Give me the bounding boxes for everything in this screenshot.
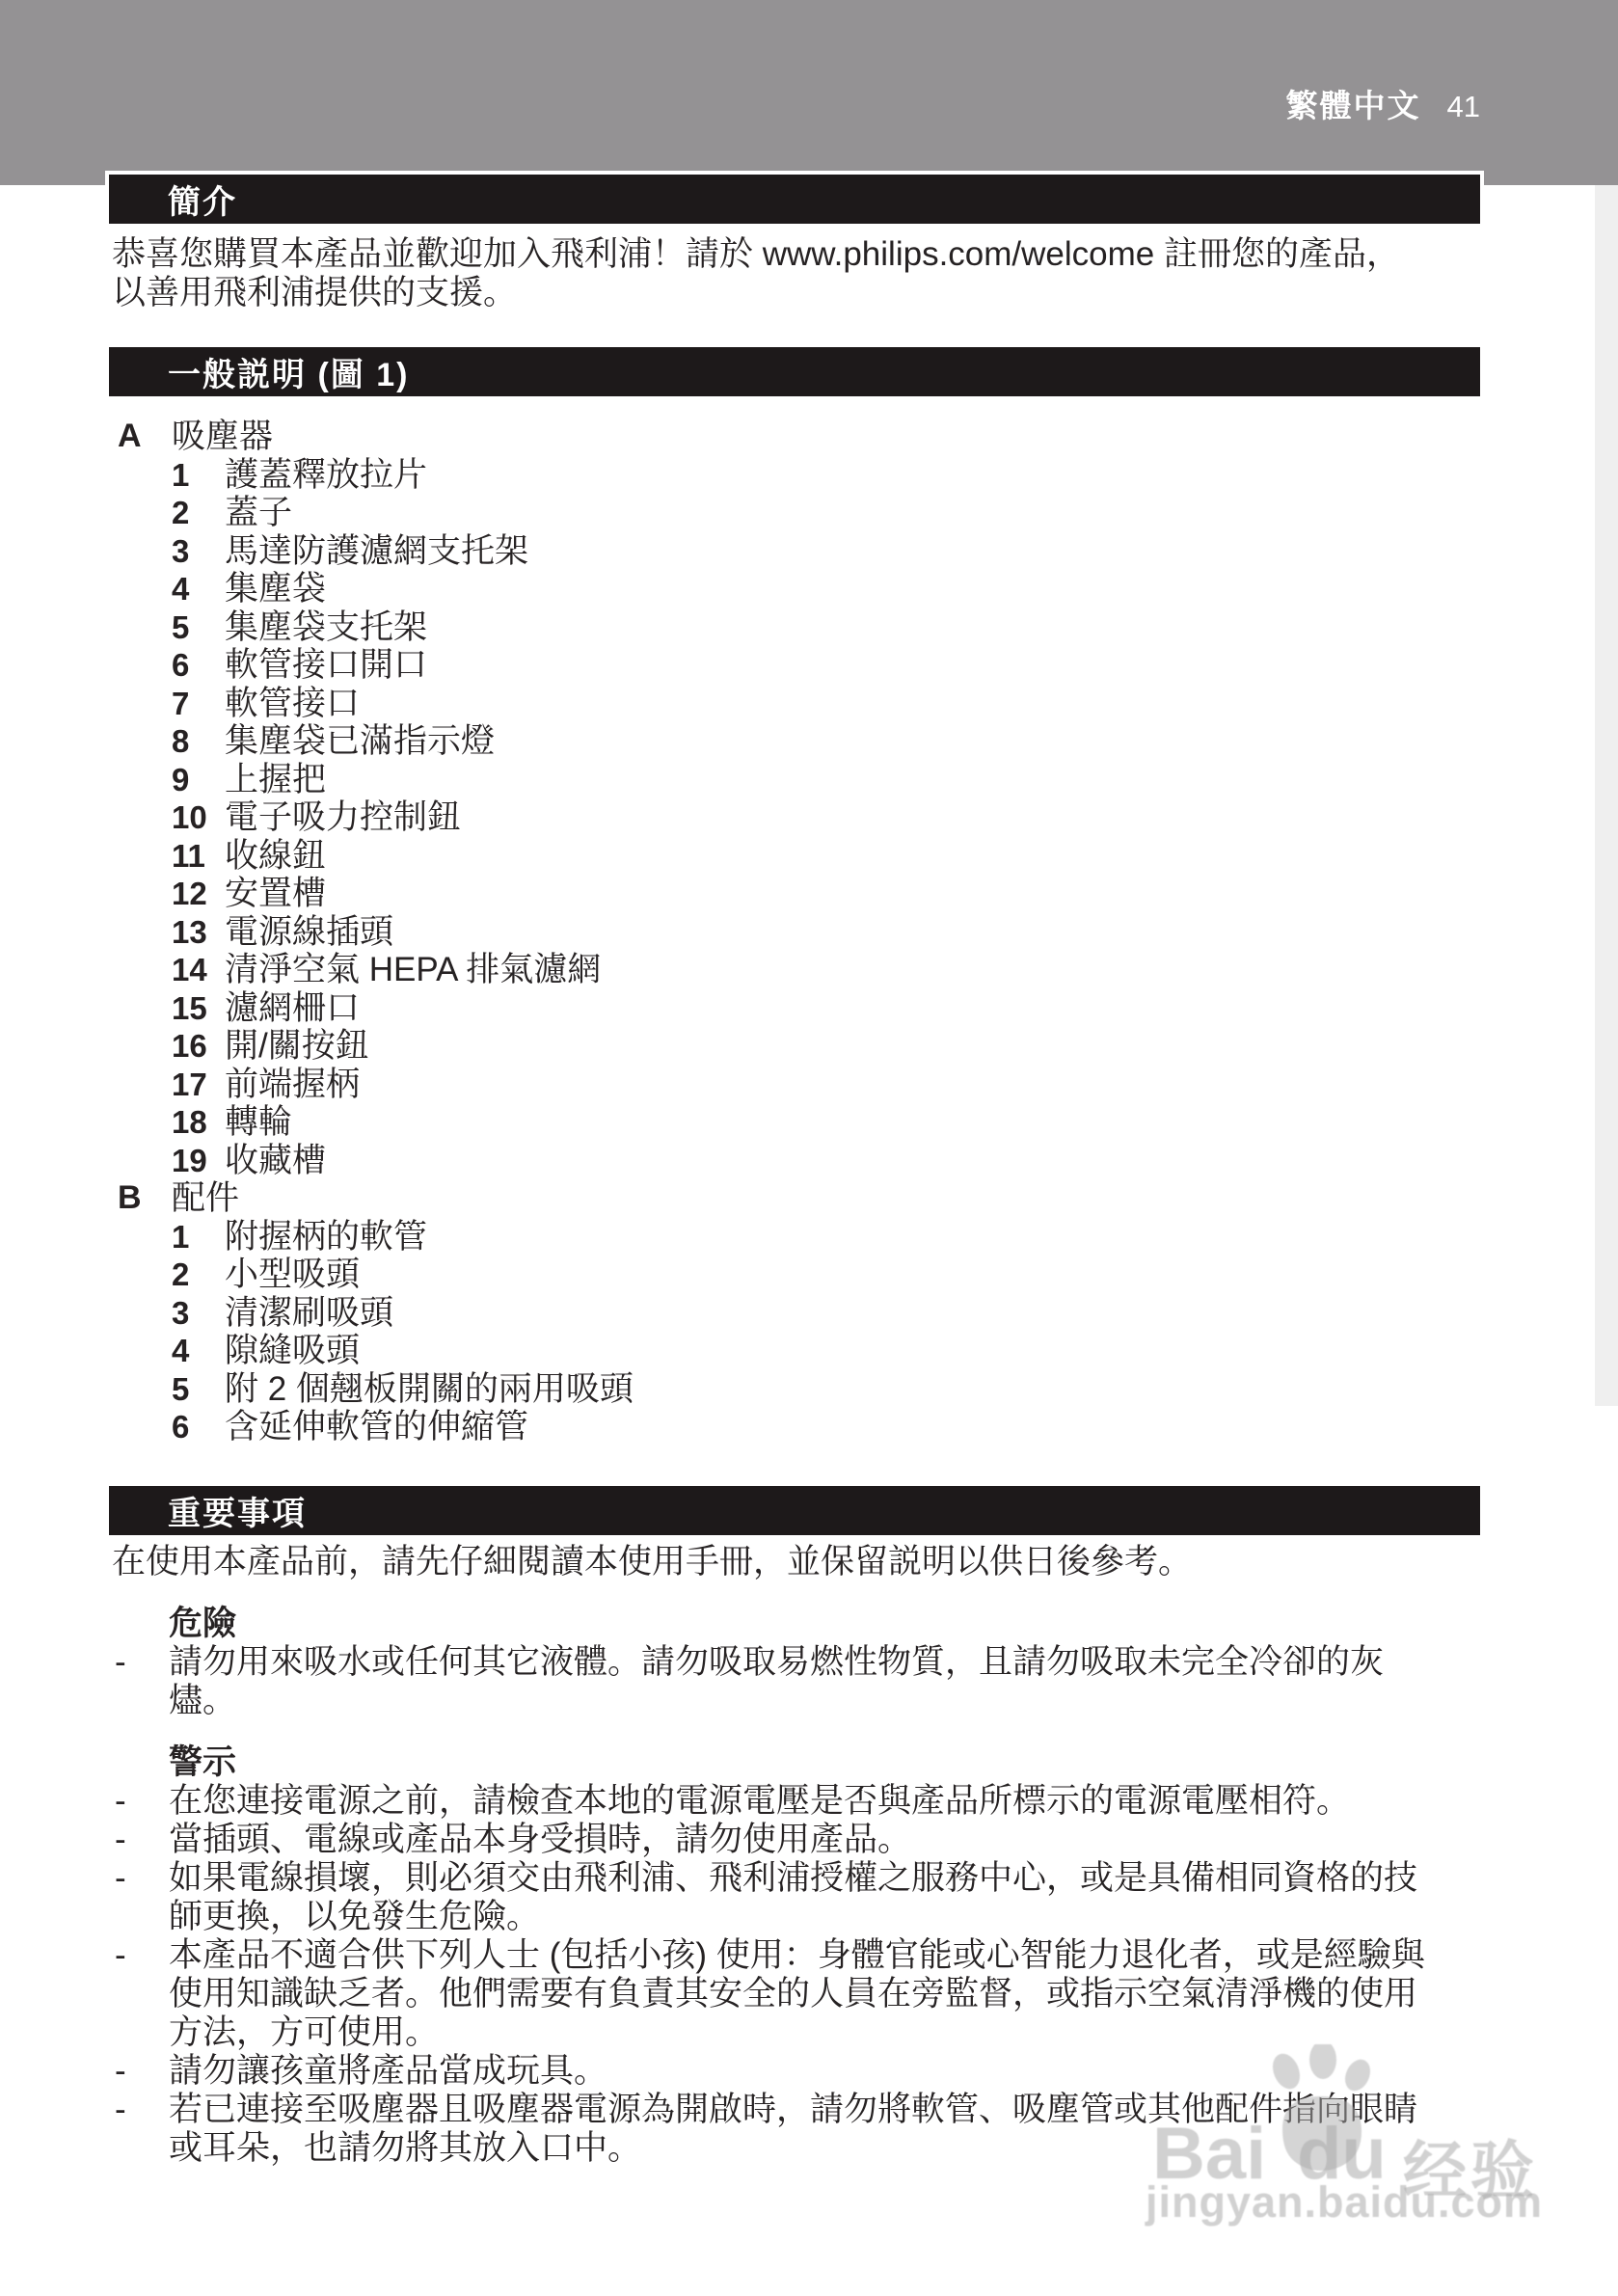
list-item-row: 17前端握柄: [0, 1066, 1618, 1104]
list-group-label: 吸塵器: [172, 418, 273, 455]
list-item-row: 8集塵袋已滿指示燈: [0, 722, 1618, 761]
bullet-line-row: 師更換，以免發生危險。: [0, 1898, 1618, 1936]
list-item-number: 2: [172, 1256, 189, 1293]
list-item-text: 收藏槽: [225, 1142, 326, 1179]
list-item-number: 13: [172, 913, 207, 951]
list-item-text: 隙縫吸頭: [225, 1332, 360, 1369]
list-item-text: 集塵袋已滿指示燈: [225, 722, 495, 760]
list-item-text: 電子吸力控制鈕: [225, 798, 461, 836]
bullet-dash: -: [115, 1643, 126, 1682]
list-item-row: 12安置槽: [0, 875, 1618, 913]
list-item-text: 小型吸頭: [225, 1256, 360, 1293]
bullet-line: 若已連接至吸塵器且吸塵器電源為開啟時，請勿將軟管、吸塵管或其他配件指向眼睛: [169, 2091, 1417, 2129]
section-title-general-description: 一般説明 (圖 1): [109, 348, 409, 395]
page-number: 41: [1447, 90, 1480, 124]
list-item-row: 1護蓋釋放拉片: [0, 456, 1618, 495]
bullet-line: 本產品不適合供下列人士 (包括小孩) 使用：身體官能或心智能力退化者，或是經驗與: [169, 1936, 1425, 1975]
subsection-heading-row: 警示: [0, 1743, 1618, 1782]
list-item-row: 5附 2 個翹板開關的兩用吸頭: [0, 1370, 1618, 1409]
bullet-line-row: 或耳朵，也請勿將其放入口中。: [0, 2129, 1618, 2168]
list-item-number: 18: [172, 1103, 207, 1141]
list-item-number: 6: [172, 646, 189, 684]
subsection-heading: 警示: [169, 1743, 236, 1782]
bullet-line: 方法，方可使用。: [169, 2013, 439, 2052]
bullet-line-row: 使用知識缺乏者。他們需要有負責其安全的人員在旁監督，或指示空氣清淨機的使用: [0, 1975, 1618, 2013]
list-item-text: 前端握柄: [225, 1066, 360, 1103]
list-item-number: 15: [172, 989, 207, 1027]
list-item-number: 7: [172, 685, 189, 722]
list-item-number: 4: [172, 1332, 189, 1369]
bullet-line-row: -請勿讓孩童將產品當成玩具。: [0, 2052, 1618, 2091]
list-item-row: 10電子吸力控制鈕: [0, 798, 1618, 837]
section-bar-important: 重要事項: [109, 1486, 1480, 1535]
bullet-line-row: 方法，方可使用。: [0, 2013, 1618, 2052]
list-item-row: 11收線鈕: [0, 837, 1618, 876]
list-item-row: 18轉輪: [0, 1103, 1618, 1142]
list-item-text: 收線鈕: [225, 837, 326, 875]
list-item-text: 含延伸軟管的伸縮管: [225, 1408, 528, 1445]
subsection-heading: 危險: [169, 1605, 236, 1643]
list-item-number: 10: [172, 798, 207, 836]
list-item-text: 安置槽: [225, 875, 326, 912]
list-item-text: 附握柄的軟管: [225, 1218, 427, 1256]
subsection-heading-row: 危險: [0, 1605, 1618, 1643]
list-item-row: 6含延伸軟管的伸縮管: [0, 1408, 1618, 1446]
list-item-row: 13電源線插頭: [0, 913, 1618, 952]
list-group-letter: A: [118, 418, 142, 455]
section-bar-intro: 簡介: [109, 175, 1480, 224]
list-item-text: 清淨空氣 HEPA 排氣濾網: [225, 951, 601, 988]
list-item-text: 開/關按鈕: [225, 1027, 369, 1065]
list-item-number: 5: [172, 1370, 189, 1408]
list-group-letter: B: [118, 1179, 142, 1217]
list-item-text: 集塵袋支托架: [225, 608, 427, 646]
bullet-dash: -: [115, 1936, 126, 1975]
list-item-number: 5: [172, 608, 189, 646]
list-item-row: 16開/關按鈕: [0, 1027, 1618, 1066]
list-item-row: 3馬達防護濾網支托架: [0, 532, 1618, 571]
list-item-text: 軟管接口: [225, 685, 360, 722]
bullet-line-row: -在您連接電源之前，請檢查本地的電源電壓是否與產品所標示的電源電壓相符。: [0, 1782, 1618, 1821]
bullet-line-row: -本產品不適合供下列人士 (包括小孩) 使用：身體官能或心智能力退化者，或是經驗…: [0, 1936, 1618, 1975]
list-item-row: 7軟管接口: [0, 685, 1618, 723]
important-intro-line: 在使用本產品前，請先仔細閱讀本使用手冊，並保留説明以供日後參考。: [112, 1543, 1192, 1581]
intro-paragraph-line: 以善用飛利浦提供的支援。: [112, 274, 517, 312]
list-item-text: 轉輪: [225, 1103, 292, 1141]
list-item-number: 16: [172, 1027, 207, 1065]
list-item-number: 19: [172, 1142, 207, 1179]
watermark-site-url: jingyan.baidu.com: [1146, 2177, 1543, 2228]
bullet-line: 請勿讓孩童將產品當成玩具。: [169, 2052, 607, 2091]
page-header: 繁體中文 41: [0, 0, 1618, 185]
bullet-dash: -: [115, 2091, 126, 2129]
list-item-row: 9上握把: [0, 761, 1618, 799]
intro-paragraph-line: 恭喜您購買本產品並歡迎加入飛利浦！請於 www.philips.com/welc…: [112, 235, 1400, 274]
list-item-text: 集塵袋: [225, 570, 326, 608]
bullet-line-row: -當插頭、電線或產品本身受損時，請勿使用產品。: [0, 1821, 1618, 1859]
list-item-row: 2蓋子: [0, 494, 1618, 532]
bullet-line-row: 燼。: [0, 1682, 1618, 1720]
bullet-dash: -: [115, 1821, 126, 1859]
section-title-intro: 簡介: [109, 176, 237, 223]
important-intro-line-row: 在使用本產品前，請先仔細閱讀本使用手冊，並保留説明以供日後參考。: [0, 1543, 1618, 1581]
list-item-row: 5集塵袋支托架: [0, 608, 1618, 647]
list-item-row: 6軟管接口開口: [0, 646, 1618, 685]
section-title-important: 重要事項: [109, 1487, 307, 1534]
list-item-number: 14: [172, 951, 207, 988]
list-item-number: 8: [172, 722, 189, 760]
list-item-text: 清潔刷吸頭: [225, 1294, 393, 1332]
list-item-number: 3: [172, 532, 189, 570]
page-header-text: 繁體中文 41: [1286, 81, 1480, 126]
section-bar-general-description: 一般説明 (圖 1): [109, 347, 1480, 396]
list-item-row: 2小型吸頭: [0, 1256, 1618, 1294]
bullet-line-row: -若已連接至吸塵器且吸塵器電源為開啟時，請勿將軟管、吸塵管或其他配件指向眼睛: [0, 2091, 1618, 2129]
list-item-row: 1附握柄的軟管: [0, 1218, 1618, 1256]
list-item-row: 15濾網柵口: [0, 989, 1618, 1028]
list-item-text: 護蓋釋放拉片: [225, 456, 427, 494]
bullet-line: 燼。: [169, 1682, 236, 1720]
bullet-dash: -: [115, 1859, 126, 1898]
list-item-row: 4集塵袋: [0, 570, 1618, 608]
bullet-line: 或耳朵，也請勿將其放入口中。: [169, 2129, 641, 2168]
list-item-text: 電源線插頭: [225, 913, 393, 951]
bullet-dash: -: [115, 1782, 126, 1821]
list-item-number: 6: [172, 1408, 189, 1445]
list-item-text: 上握把: [225, 761, 326, 798]
bullet-line: 當插頭、電線或產品本身受損時，請勿使用產品。: [169, 1821, 911, 1859]
bullet-line-row: -請勿用來吸水或任何其它液體。請勿吸取易燃性物質，且請勿吸取未完全冷卻的灰: [0, 1643, 1618, 1682]
list-item-text: 濾網柵口: [225, 989, 360, 1027]
list-item-row: 3清潔刷吸頭: [0, 1294, 1618, 1333]
list-item-text: 馬達防護濾網支托架: [225, 532, 528, 570]
bullet-line: 使用知識缺乏者。他們需要有負責其安全的人員在旁監督，或指示空氣清淨機的使用: [169, 1975, 1417, 2013]
bullet-line: 在您連接電源之前，請檢查本地的電源電壓是否與產品所標示的電源電壓相符。: [169, 1782, 1350, 1821]
language-label: 繁體中文: [1286, 81, 1421, 126]
bullet-line: 師更換，以免發生危險。: [169, 1898, 540, 1936]
list-group-row: B配件: [0, 1179, 1618, 1218]
list-item-number: 17: [172, 1066, 207, 1103]
list-item-number: 9: [172, 761, 189, 798]
list-item-row: 19收藏槽: [0, 1142, 1618, 1180]
list-item-row: 4隙縫吸頭: [0, 1332, 1618, 1370]
bullet-line-row: -如果電線損壞，則必須交由飛利浦、飛利浦授權之服務中心，或是具備相同資格的技: [0, 1859, 1618, 1898]
list-group-label: 配件: [172, 1179, 239, 1217]
list-item-text: 蓋子: [225, 494, 292, 531]
list-item-number: 1: [172, 456, 189, 494]
bullet-line: 如果電線損壞，則必須交由飛利浦、飛利浦授權之服務中心，或是具備相同資格的技: [169, 1859, 1417, 1898]
list-item-number: 1: [172, 1218, 189, 1256]
list-item-text: 附 2 個翹板開關的兩用吸頭: [225, 1370, 634, 1408]
list-group-row: A吸塵器: [0, 418, 1618, 456]
bullet-line: 請勿用來吸水或任何其它液體。請勿吸取易燃性物質，且請勿吸取未完全冷卻的灰: [169, 1643, 1384, 1682]
list-item-row: 14清淨空氣 HEPA 排氣濾網: [0, 951, 1618, 989]
list-item-number: 4: [172, 570, 189, 608]
list-item-number: 3: [172, 1294, 189, 1332]
list-item-number: 2: [172, 494, 189, 531]
bullet-dash: -: [115, 2052, 126, 2091]
list-item-text: 軟管接口開口: [225, 646, 427, 684]
list-item-number: 11: [172, 837, 205, 875]
list-item-number: 12: [172, 875, 207, 912]
